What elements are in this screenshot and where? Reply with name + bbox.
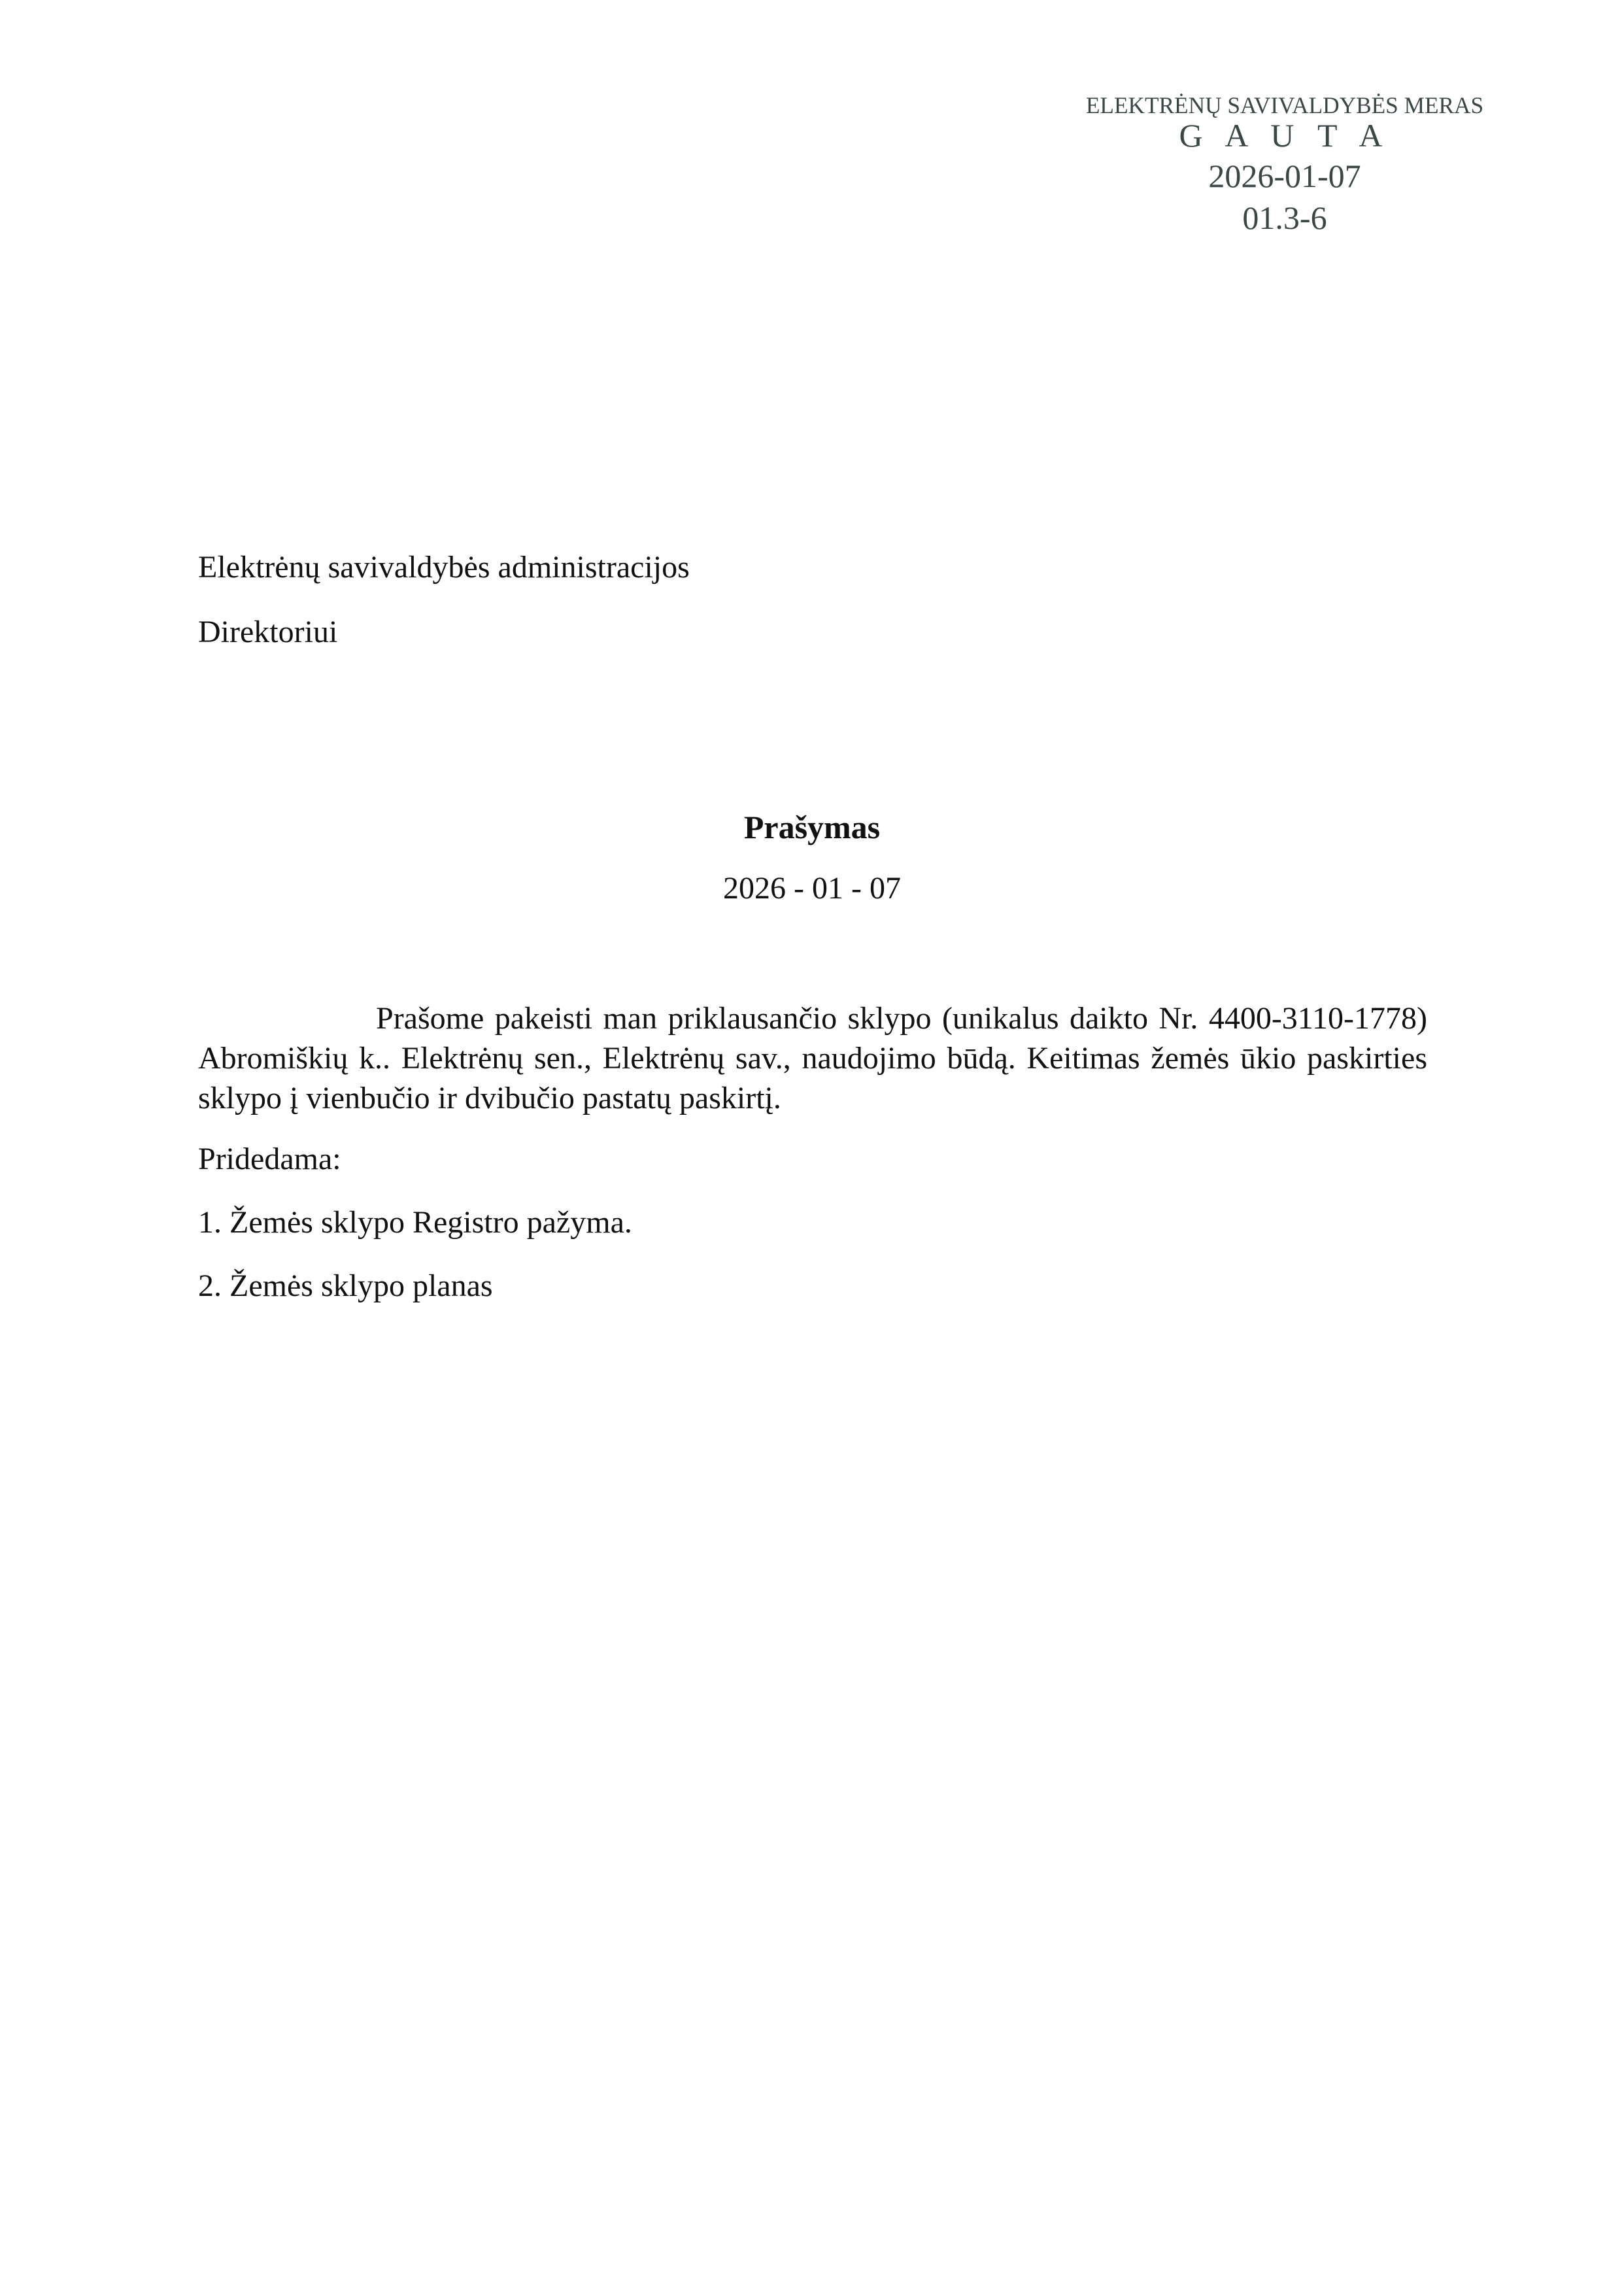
attachment-item: 2. Žemės sklypo planas <box>198 1270 493 1302</box>
document-date: 2026 - 01 - 07 <box>0 873 1624 904</box>
request-body: Prašome pakeisti man priklausančio sklyp… <box>198 998 1427 1118</box>
stamp-date: 2026-01-07 <box>1046 157 1523 195</box>
stamp-organization: ELEKTRĖNŲ SAVIVALDYBĖS MERAS <box>1051 92 1518 119</box>
document-title: Prašymas <box>0 808 1624 846</box>
stamp-registration-number: 01.3-6 <box>1046 199 1523 237</box>
attachment-item: 1. Žemės sklypo Registro pažyma. <box>198 1207 632 1238</box>
addressee-line-1: Elektrėnų savivaldybės administracijos <box>198 552 690 583</box>
stamp-status: G A U T A <box>1046 116 1523 154</box>
attachments-label: Pridedama: <box>198 1144 341 1175</box>
addressee-line-2: Direktoriui <box>198 617 337 648</box>
